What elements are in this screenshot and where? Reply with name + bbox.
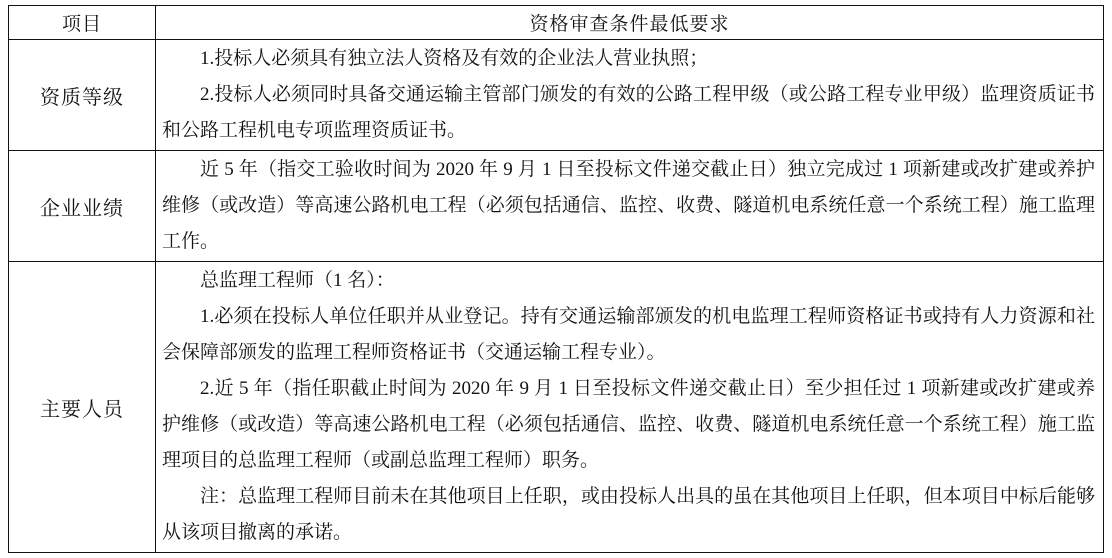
requirement-paragraph: 1.必须在投标人单位任职并从业登记。持有交通运输部颁发的机电监理工程师资格证书或… <box>162 299 1095 371</box>
requirement-cell-qualification-grade: 1.投标人必须具有独立法人资格及有效的企业法人营业执照； 2.投标人必须同时具备… <box>156 40 1104 151</box>
header-requirement-column: 资格审查条件最低要求 <box>156 6 1104 40</box>
table-row: 资质等级 1.投标人必须具有独立法人资格及有效的企业法人营业执照； 2.投标人必… <box>9 40 1104 151</box>
row-label-key-personnel: 主要人员 <box>9 262 156 553</box>
row-label-qualification-grade: 资质等级 <box>9 40 156 151</box>
requirement-paragraph: 注：总监理工程师目前未在其他项目上任职，或由投标人出具的虽在其他项目上任职，但本… <box>162 479 1095 551</box>
table-row: 主要人员 总监理工程师（1 名）： 1.必须在投标人单位任职并从业登记。持有交通… <box>9 262 1104 553</box>
requirement-paragraph: 2.近 5 年（指任职截止时间为 2020 年 9 月 1 日至投标文件递交截止… <box>162 371 1095 479</box>
row-label-enterprise-performance: 企业业绩 <box>9 151 156 262</box>
requirement-paragraph: 1.投标人必须具有独立法人资格及有效的企业法人营业执照； <box>162 41 1095 77</box>
requirement-paragraph: 2.投标人必须同时具备交通运输主管部门颁发的有效的公路工程甲级（或公路工程专业甲… <box>162 77 1095 149</box>
requirement-cell-key-personnel: 总监理工程师（1 名）： 1.必须在投标人单位任职并从业登记。持有交通运输部颁发… <box>156 262 1104 553</box>
header-item-column: 项目 <box>9 6 156 40</box>
table-row: 企业业绩 近 5 年（指交工验收时间为 2020 年 9 月 1 日至投标文件递… <box>9 151 1104 262</box>
requirement-cell-enterprise-performance: 近 5 年（指交工验收时间为 2020 年 9 月 1 日至投标文件递交截止日）… <box>156 151 1104 262</box>
requirement-paragraph: 近 5 年（指交工验收时间为 2020 年 9 月 1 日至投标文件递交截止日）… <box>162 152 1095 260</box>
qualification-requirements-table: 项目 资格审查条件最低要求 资质等级 1.投标人必须具有独立法人资格及有效的企业… <box>8 5 1104 553</box>
requirement-paragraph: 总监理工程师（1 名）： <box>162 263 1095 299</box>
table-header-row: 项目 资格审查条件最低要求 <box>9 6 1104 40</box>
